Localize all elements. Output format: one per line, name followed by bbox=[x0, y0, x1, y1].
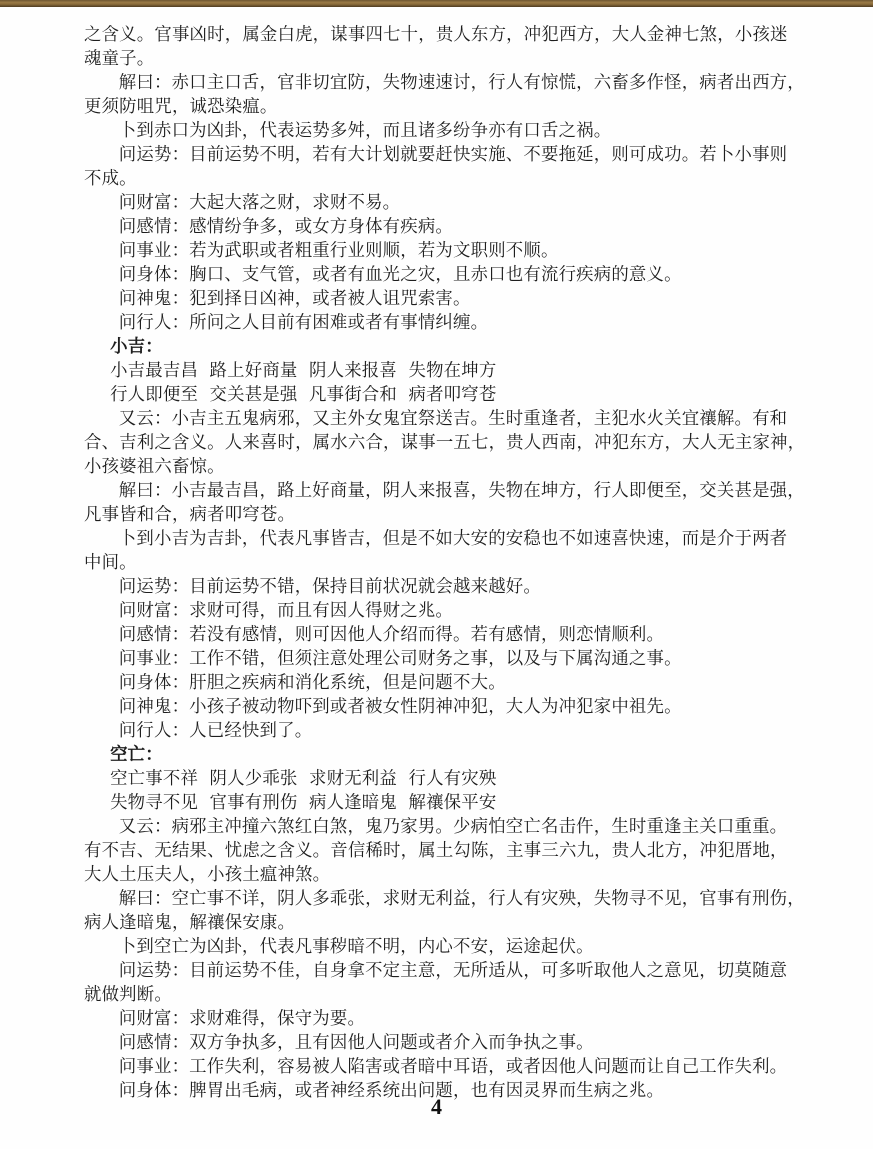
text-line: 行人即便至 交关甚是强 凡事街合和 病者叩穹苍 bbox=[84, 382, 793, 406]
text-line: 问感情：若没有感情，则可因他人介绍而得。若有感情，则恋情顺利。 bbox=[84, 622, 793, 646]
text-line: 问行人：人已经快到了。 bbox=[84, 718, 793, 742]
text-line: 大人土压夫人，小孩土瘟神煞。 bbox=[84, 862, 793, 886]
text-line: 问运势：目前运势不错，保持目前状况就会越来越好。 bbox=[84, 574, 793, 598]
text-line: 病人逢暗鬼，解禳保安康。 bbox=[84, 910, 793, 934]
text-line: 问身体：肝胆之疾病和消化系统，但是问题不大。 bbox=[84, 670, 793, 694]
text-line: 问运势：目前运势不佳，自身拿不定主意，无所适从，可多听取他人之意见，切莫随意 bbox=[84, 958, 793, 982]
section-heading: 小吉： bbox=[84, 334, 793, 358]
text-line: 问财富：求财可得，而且有因人得财之兆。 bbox=[84, 598, 793, 622]
text-line: 合、吉利之含义。人来喜时，属水六合，谋事一五七，贵人西南，冲犯东方，大人无主家神… bbox=[84, 430, 793, 454]
text-line: 小吉最吉昌 路上好商量 阴人来报喜 失物在坤方 bbox=[84, 358, 793, 382]
text-line: 解曰：小吉最吉昌，路上好商量，阴人来报喜，失物在坤方，行人即便至，交关甚是强， bbox=[84, 478, 793, 502]
text-line: 问运势：目前运势不明，若有大计划就要赶快实施、不要拖延，则可成功。若卜小事则 bbox=[84, 142, 793, 166]
text-content: 之含义。官事凶时，属金白虎，谋事四七十，贵人东方，冲犯西方，大人金神七煞，小孩迷… bbox=[0, 7, 873, 1102]
text-line: 问感情：感情纷争多，或女方身体有疾病。 bbox=[84, 214, 793, 238]
text-line: 凡事皆和合，病者叩穹苍。 bbox=[84, 502, 793, 526]
text-line: 又云：小吉主五鬼病邪，又主外女鬼宜祭送吉。生时重逢者，主犯水火关宜禳解。有和 bbox=[84, 406, 793, 430]
text-line: 问财富：求财难得，保守为要。 bbox=[84, 1006, 793, 1030]
text-line: 又云：病邪主冲撞六煞红白煞，鬼乃家男。少病怕空亡名击仵，生时重逢主关口重重。 bbox=[84, 814, 793, 838]
section-heading: 空亡： bbox=[84, 742, 793, 766]
text-line: 就做判断。 bbox=[84, 982, 793, 1006]
text-line: 之含义。官事凶时，属金白虎，谋事四七十，贵人东方，冲犯西方，大人金神七煞，小孩迷 bbox=[84, 22, 793, 46]
text-line: 问行人：所问之人目前有困难或者有事情纠缠。 bbox=[84, 310, 793, 334]
text-line: 问神鬼：犯到择日凶神，或者被人诅咒索害。 bbox=[84, 286, 793, 310]
text-line: 中间。 bbox=[84, 550, 793, 574]
page-top-border bbox=[0, 0, 873, 7]
text-line: 魂童子。 bbox=[84, 46, 793, 70]
text-line: 失物寻不见 官事有刑伤 病人逢暗鬼 解禳保平安 bbox=[84, 790, 793, 814]
text-line: 空亡事不祥 阴人少乖张 求财无利益 行人有灾殃 bbox=[84, 766, 793, 790]
text-line: 卜到小吉为吉卦，代表凡事皆吉，但是不如大安的安稳也不如速喜快速，而是介于两者 bbox=[84, 526, 793, 550]
text-line: 解曰：空亡事不详，阴人多乖张，求财无利益，行人有灾殃，失物寻不见，官事有刑伤， bbox=[84, 886, 793, 910]
text-line: 小孩婆祖六畜惊。 bbox=[84, 454, 793, 478]
text-line: 更须防咀咒，诚恐染瘟。 bbox=[84, 94, 793, 118]
text-line: 问事业：工作不错，但须注意处理公司财务之事，以及与下属沟通之事。 bbox=[84, 646, 793, 670]
document-page: 之含义。官事凶时，属金白虎，谋事四七十，贵人东方，冲犯西方，大人金神七煞，小孩迷… bbox=[0, 7, 873, 1149]
text-line: 卜到赤口为凶卦，代表运势多舛，而且诸多纷争亦有口舌之祸。 bbox=[84, 118, 793, 142]
text-line: 问事业：工作失利，容易被人陷害或者暗中耳语，或者因他人问题而让自己工作失利。 bbox=[84, 1054, 793, 1078]
page-number: 4 bbox=[0, 1094, 873, 1120]
text-line: 卜到空亡为凶卦，代表凡事秽暗不明，内心不安，运途起伏。 bbox=[84, 934, 793, 958]
text-line: 问感情：双方争执多，且有因他人问题或者介入而争执之事。 bbox=[84, 1030, 793, 1054]
text-line: 不成。 bbox=[84, 166, 793, 190]
text-line: 问事业：若为武职或者粗重行业则顺，若为文职则不顺。 bbox=[84, 238, 793, 262]
text-line: 有不吉、无结果、忧虑之含义。音信稀时，属土勾陈，主事三六九，贵人北方，冲犯厝地， bbox=[84, 838, 793, 862]
text-line: 解曰：赤口主口舌，官非切宜防，失物速速讨，行人有惊慌，六畜多作怪，病者出西方， bbox=[84, 70, 793, 94]
text-line: 问身体：胸口、支气管，或者有血光之灾，且赤口也有流行疾病的意义。 bbox=[84, 262, 793, 286]
text-line: 问神鬼：小孩子被动物吓到或者被女性阴神冲犯，大人为冲犯家中祖先。 bbox=[84, 694, 793, 718]
text-line: 问财富：大起大落之财，求财不易。 bbox=[84, 190, 793, 214]
